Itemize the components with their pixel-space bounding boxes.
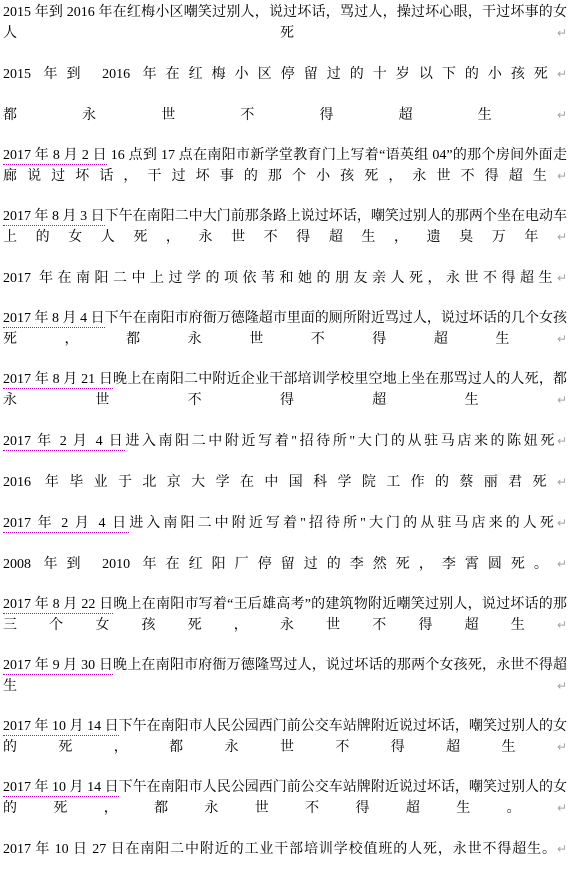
paragraph-return-mark-icon: ↵ — [557, 475, 567, 489]
paragraph: 2017 年 10 月 14 日下午在南阳市人民公园西门前公交车站牌附近说过坏话… — [3, 778, 567, 839]
paragraph-text: 2017 年在南阳二中上过学的项依苇和她的朋友亲人死，永世不得超生 — [3, 271, 557, 286]
paragraph-return-mark-icon: ↵ — [557, 332, 567, 346]
paragraph-text: 进入南阳二中附近写着"招待所"大门的从驻马店来的人死 — [129, 516, 557, 531]
grammar-underlined-date: 2017 年 8 月 3 日 — [3, 209, 105, 226]
paragraph-text: 2015 年到 2016 年在红梅小区停留过的十岁以下的小孩死 — [3, 67, 557, 82]
grammar-underlined-date: 2017 年 8 月 2 日 — [3, 148, 107, 165]
paragraph-text: 2016 年毕业于北京大学在中国科学院工作的蔡丽君死 — [3, 475, 557, 490]
grammar-underlined-date: 2017 年 8 月 4 日 — [3, 311, 105, 328]
paragraph-return-mark-icon: ↵ — [557, 557, 567, 571]
paragraph-return-mark-icon: ↵ — [557, 618, 567, 632]
paragraph: 2016 年毕业于北京大学在中国科学院工作的蔡丽君死↵ — [3, 472, 567, 513]
paragraph-text: 2015 年到 2016 年在红梅小区嘲笑过别人，说过坏话，骂过人，操过坏心眼，… — [3, 5, 567, 41]
grammar-underlined-date: 2017 年 2 月 4 日 — [3, 434, 125, 451]
paragraph-return-mark-icon: ↵ — [557, 842, 567, 856]
paragraph-return-mark-icon: ↵ — [557, 169, 567, 183]
paragraph-return-mark-icon: ↵ — [557, 679, 567, 693]
paragraph: 都永世不得超生↵ — [3, 105, 567, 146]
paragraph: 2017 年 9 月 30 日晚上在南阳市府衙万德隆骂过人，说过坏话的那两个女孩… — [3, 656, 567, 717]
paragraph-return-mark-icon: ↵ — [557, 434, 567, 448]
paragraph: 2008 年到 2010 年在红阳厂停留过的李然死，李霄圆死。↵ — [3, 554, 567, 595]
paragraph: 2017 年 10 日 27 日在南阳二中附近的工业干部培训学校值班的人死，永世… — [3, 839, 567, 880]
paragraph-text: 2008 年到 2010 年在红阳厂停留过的李然死，李霄圆死。 — [3, 557, 557, 572]
paragraph: 2017 年 2 月 4 日进入南阳二中附近写着"招待所"大门的从驻马店来的人死… — [3, 513, 567, 554]
paragraph: 2017 年在南阳二中上过学的项依苇和她的朋友亲人死，永世不得超生↵ — [3, 268, 567, 309]
paragraph-text: 进入南阳二中附近写着"招待所"大门的从驻马店来的陈妞死 — [125, 434, 557, 449]
paragraph: 2017 年 8 月 22 日晚上在南阳市写着“王后雄高考”的建筑物附近嘲笑过别… — [3, 595, 567, 656]
paragraph-return-mark-icon: ↵ — [557, 26, 567, 40]
paragraph-return-mark-icon: ↵ — [557, 108, 567, 122]
paragraph: 2015 年到 2016 年在红梅小区停留过的十岁以下的小孩死↵ — [3, 64, 567, 105]
paragraph: 2017 年 8 月 3 日下午在南阳二中大门前那条路上说过坏话，嘲笑过别人的那… — [3, 207, 567, 268]
document-page[interactable]: 2015 年到 2016 年在红梅小区嘲笑过别人，说过坏话，骂过人，操过坏心眼，… — [0, 0, 568, 882]
paragraph: 2017 年 8 月 2 日 16 点到 17 点在南阳市新学堂教育门上写着“语… — [3, 146, 567, 207]
paragraph: 2017 年 8 月 4 日下午在南阳市府衙万德隆超市里面的厕所附近骂过人，说过… — [3, 309, 567, 370]
paragraph-return-mark-icon: ↵ — [557, 271, 567, 285]
paragraph-text: 都永世不得超生 — [3, 108, 557, 123]
paragraph-return-mark-icon: ↵ — [557, 67, 567, 81]
paragraph-return-mark-icon: ↵ — [557, 516, 567, 530]
grammar-underlined-date: 2017 年 10 月 14 日 — [3, 780, 119, 797]
grammar-underlined-date: 2017 年 10 月 14 日 — [3, 719, 119, 736]
paragraph: 2017 年 10 月 14 日下午在南阳市人民公园西门前公交车站牌附近说过坏话… — [3, 717, 567, 778]
paragraph-text: 2017 年 10 日 27 日在南阳二中附近的工业干部培训学校值班的人死，永世… — [3, 842, 557, 857]
paragraph-return-mark-icon: ↵ — [557, 393, 567, 407]
paragraph-return-mark-icon: ↵ — [557, 801, 567, 815]
paragraph-return-mark-icon: ↵ — [557, 740, 567, 754]
grammar-underlined-date: 2017 年 8 月 21 日 — [3, 372, 113, 389]
grammar-underlined-date: 2017 年 8 月 22 日 — [3, 597, 113, 614]
paragraph: 2017 年 8 月 21 日晚上在南阳二中附近企业干部培训学校里空地上坐在那骂… — [3, 370, 567, 431]
grammar-underlined-date: 2017 年 2 月 4 日 — [3, 516, 129, 533]
grammar-underlined-date: 2017 年 9 月 30 日 — [3, 658, 113, 675]
paragraph: 2015 年到 2016 年在红梅小区嘲笑过别人，说过坏话，骂过人，操过坏心眼，… — [3, 3, 567, 64]
paragraph-return-mark-icon: ↵ — [557, 230, 567, 244]
paragraph: 2017 年 2 月 4 日进入南阳二中附近写着"招待所"大门的从驻马店来的陈妞… — [3, 431, 567, 472]
